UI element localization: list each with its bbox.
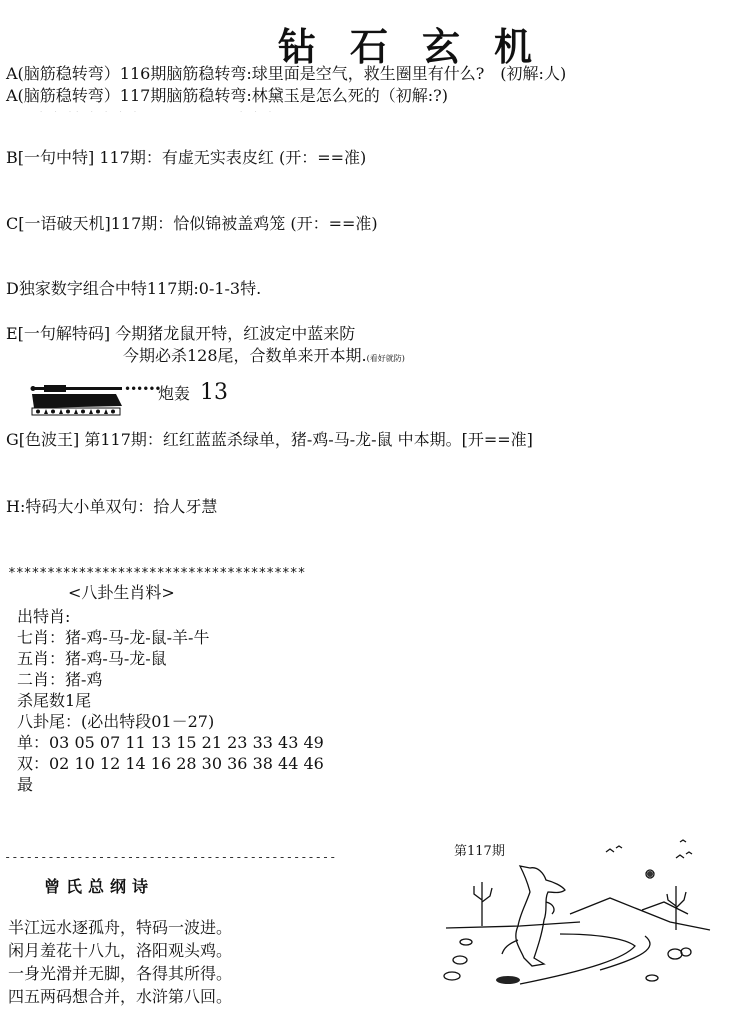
bagua-title: <八卦生肖料> (68, 582, 175, 603)
bagua-line: 单：03 05 07 11 13 15 21 23 33 43 49 (17, 732, 324, 753)
bagua-line: 杀尾数1尾 (17, 690, 324, 711)
riddle-117: A(脑筋稳转弯）117期脑筋稳转弯:林黛玉是怎么死的（初解:?) (6, 86, 448, 106)
cannon-label: 炮轰 (158, 384, 190, 404)
bagua-line: 双：02 10 12 14 16 28 30 36 38 44 46 (17, 753, 324, 774)
section-e-line2-text: 今期必杀128尾，合数单来开本期. (123, 346, 367, 365)
section-d: D独家数字组合中特117期:0-1-3特. (6, 279, 261, 299)
section-c: C[一语破天机]117期：恰似锦被盖鸡笼 (开：==准) (6, 214, 378, 234)
bagua-line: 五肖：猪-鸡-马-龙-鼠 (17, 648, 324, 669)
kangaroo-desert-icon (420, 830, 744, 1024)
poem-line: 半江远水逐孤舟，特码一波进。 (8, 916, 232, 939)
bagua-line: 最 (17, 774, 324, 795)
section-h: H:特码大小单双句：拾人牙慧 (6, 497, 217, 517)
section-b: B[一句中特] 117期：有虚无实表皮红 (开：==准) (6, 148, 366, 168)
poem-line: 四五两码想合并，水浒第八回。 (8, 985, 232, 1008)
bagua-list: 出特肖: 七肖：猪-鸡-马-龙-鼠-羊-牛 五肖：猪-鸡-马-龙-鼠 二肖：猪-… (17, 606, 324, 795)
section-e-note: (看好就防) (367, 354, 405, 363)
page-title: 钻石玄机 (278, 16, 566, 71)
star-divider: ************************************** (8, 566, 305, 581)
cannon-number: 13 (200, 380, 228, 405)
dash-divider: ----------------------------------------… (4, 850, 336, 864)
tank-icon (30, 384, 124, 420)
bagua-line: 八卦尾：(必出特段01－27) (17, 711, 324, 732)
faint-dots-left: · · ·· · · · · (40, 108, 141, 116)
bagua-line: 二肖：猪-鸡 (17, 669, 324, 690)
kangaroo-illustration: 第117期 (420, 830, 744, 1024)
poem-line: 一身光滑并无脚，各得其所得。 (8, 962, 232, 985)
cannon-dots: •••••• (124, 382, 160, 396)
poem-body: 半江远水逐孤舟，特码一波进。 闲月羞花十八九，洛阳观头鸡。 一身光滑并无脚，各得… (8, 916, 232, 1008)
section-g: G[色波王] 第117期：红红蓝蓝杀绿单，猪-鸡-马-龙-鼠 中本期。[开==准… (6, 430, 533, 450)
faint-dots-right: · · · (240, 108, 276, 116)
bagua-line: 出特肖: (17, 606, 324, 627)
poem-title: 曾氏总纲诗 (44, 874, 154, 897)
cannon-graphic: •••••• 炮轰 13 (30, 384, 260, 420)
section-e-line1: E[一句解特码] 今期猪龙鼠开特，红波定中蓝来防 (6, 324, 355, 344)
bagua-line: 七肖：猪-鸡-马-龙-鼠-羊-牛 (17, 627, 324, 648)
poem-line: 闲月羞花十八九，洛阳观头鸡。 (8, 939, 232, 962)
riddle-116: A(脑筋稳转弯）116期脑筋稳转弯:球里面是空气，救生圈里有什么? (初解:人) (6, 64, 566, 84)
section-e-line2: 今期必杀128尾，合数单来开本期.(看好就防) (123, 346, 405, 369)
